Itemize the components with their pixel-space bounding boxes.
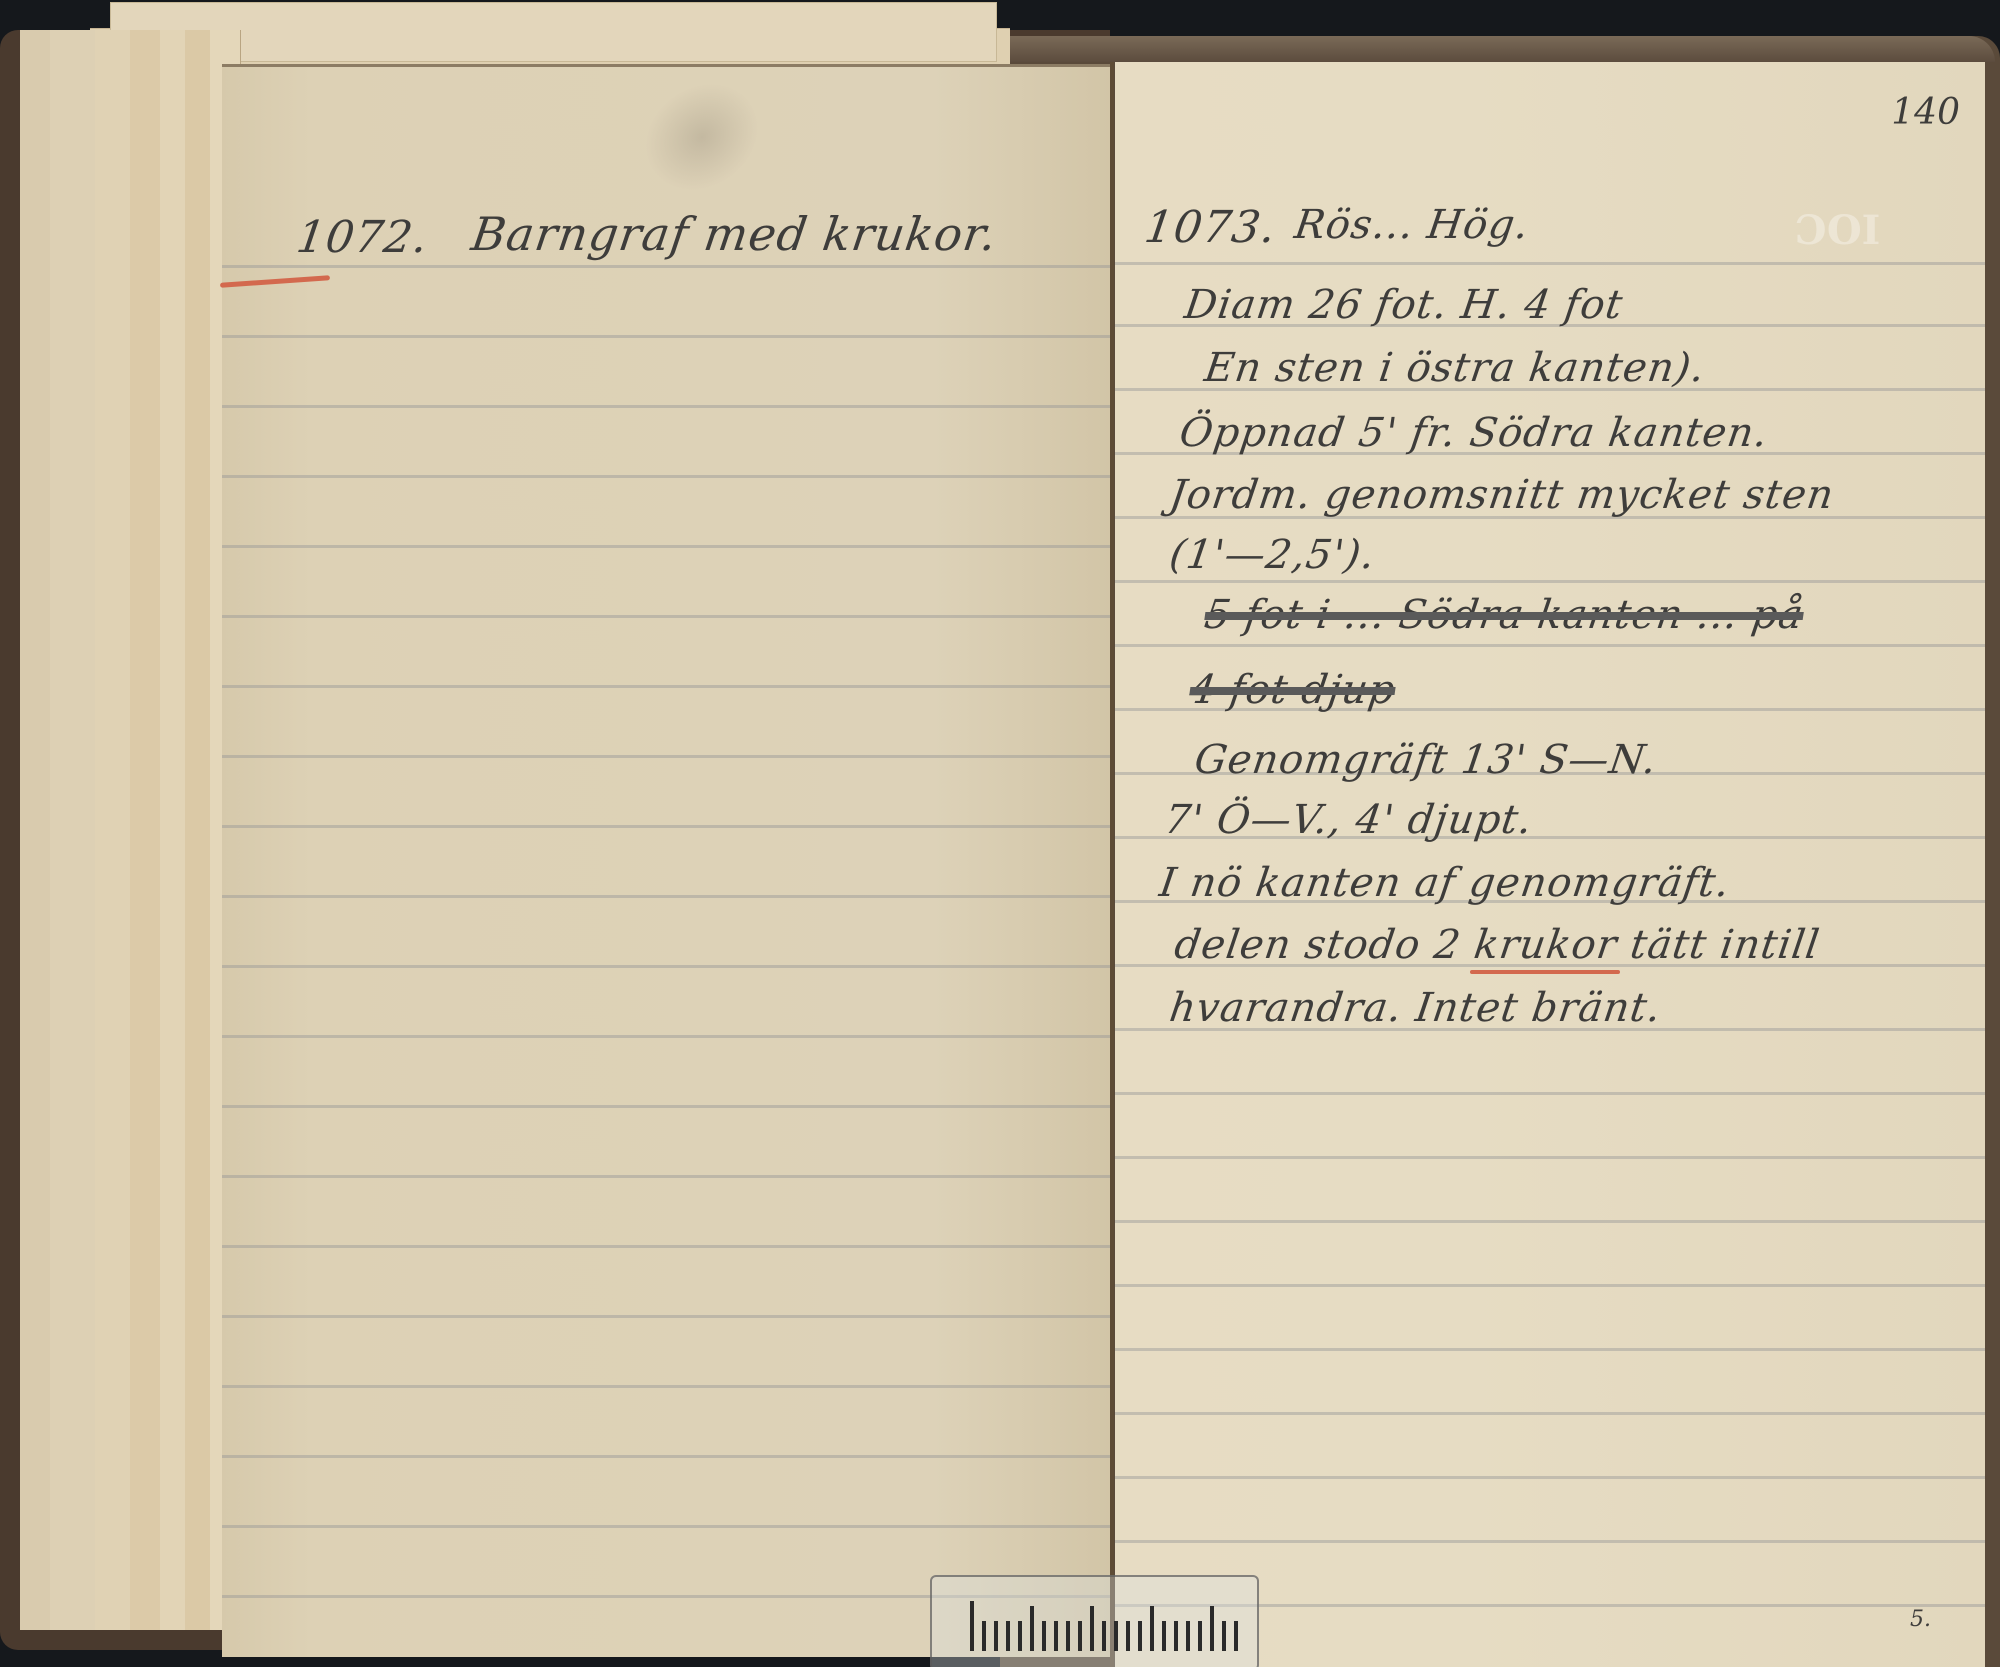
ruled-line bbox=[1115, 1220, 1985, 1223]
ruled-line bbox=[222, 265, 1110, 268]
ruled-line bbox=[1115, 580, 1985, 583]
book-cover-right-top-edge bbox=[1005, 36, 1995, 62]
ruled-line bbox=[222, 405, 1110, 408]
ruled-line bbox=[222, 545, 1110, 548]
note-line-11: I nö kanten af genomgräft. bbox=[1157, 860, 1733, 906]
note-line-6: (1'—2,5'). bbox=[1167, 532, 1378, 578]
ruled-line bbox=[222, 965, 1110, 968]
measurement-ruler bbox=[930, 1575, 1259, 1667]
red-underline bbox=[220, 275, 330, 288]
footer-mark: 5. bbox=[1910, 1607, 1931, 1632]
ruled-line bbox=[1115, 1284, 1985, 1287]
ruled-line bbox=[222, 1105, 1110, 1108]
ruled-line bbox=[1115, 1348, 1985, 1351]
note-line-1: Rös... Hög. bbox=[1292, 202, 1532, 248]
ruled-line bbox=[222, 1385, 1110, 1388]
ruled-line bbox=[1115, 1412, 1985, 1415]
ruled-line bbox=[222, 335, 1110, 338]
right-page: 140 ƆOI 1073. Rös... Hög. Diam 26 fot. H… bbox=[1115, 62, 1985, 1667]
ruled-line bbox=[1115, 1540, 1985, 1543]
ruled-line bbox=[222, 1245, 1110, 1248]
note-line-4: Öppnad 5' fr. Södra kanten. bbox=[1177, 410, 1771, 456]
entry-number: 1073. bbox=[1141, 202, 1279, 253]
entry-number: 1072. bbox=[293, 212, 431, 263]
ruled-line bbox=[1115, 1156, 1985, 1159]
ruled-line bbox=[222, 1455, 1110, 1458]
ruled-line bbox=[1115, 1092, 1985, 1095]
ruled-line bbox=[222, 475, 1110, 478]
entry-text: Barngraf med krukor. bbox=[468, 207, 1000, 261]
note-line-10: 7' Ö—V., 4' djupt. bbox=[1162, 797, 1536, 843]
note-line-12: delen stodo 2 krukor tätt intill bbox=[1172, 922, 1823, 968]
ruled-line bbox=[222, 1525, 1110, 1528]
ruled-line bbox=[222, 615, 1110, 618]
note-line-2: Diam 26 fot. H. 4 fot bbox=[1182, 282, 1626, 328]
red-underline bbox=[1470, 970, 1620, 974]
note-line-8-struck: 4 fot djup bbox=[1187, 667, 1399, 713]
ruled-line bbox=[222, 1315, 1110, 1318]
ruled-line bbox=[222, 825, 1110, 828]
ruled-line bbox=[1115, 262, 1985, 265]
note-line-13: hvarandra. Intet bränt. bbox=[1167, 985, 1665, 1031]
smudge-mark bbox=[624, 62, 780, 213]
ruled-line bbox=[222, 755, 1110, 758]
book-gutter bbox=[1110, 62, 1114, 1667]
ruled-line bbox=[222, 1035, 1110, 1038]
ruled-line bbox=[1115, 1476, 1985, 1479]
ruled-line bbox=[222, 1175, 1110, 1178]
note-line-9: Genomgräft 13' S—N. bbox=[1192, 737, 1660, 783]
note-line-5: Jordm. genomsnitt mycket sten bbox=[1167, 472, 1837, 518]
left-page: 1072. Barngraf med krukor. bbox=[222, 64, 1110, 1657]
note-line-3: En sten i östra kanten). bbox=[1202, 345, 1708, 391]
page-number: 140 bbox=[1891, 92, 1960, 133]
embossed-impression: ƆOI bbox=[1795, 207, 1955, 267]
note-line-7-struck: 5 fot i ... Södra kanten ... på bbox=[1202, 592, 1807, 638]
ruled-line bbox=[1115, 644, 1985, 647]
ruled-line bbox=[222, 895, 1110, 898]
ruled-line bbox=[222, 685, 1110, 688]
